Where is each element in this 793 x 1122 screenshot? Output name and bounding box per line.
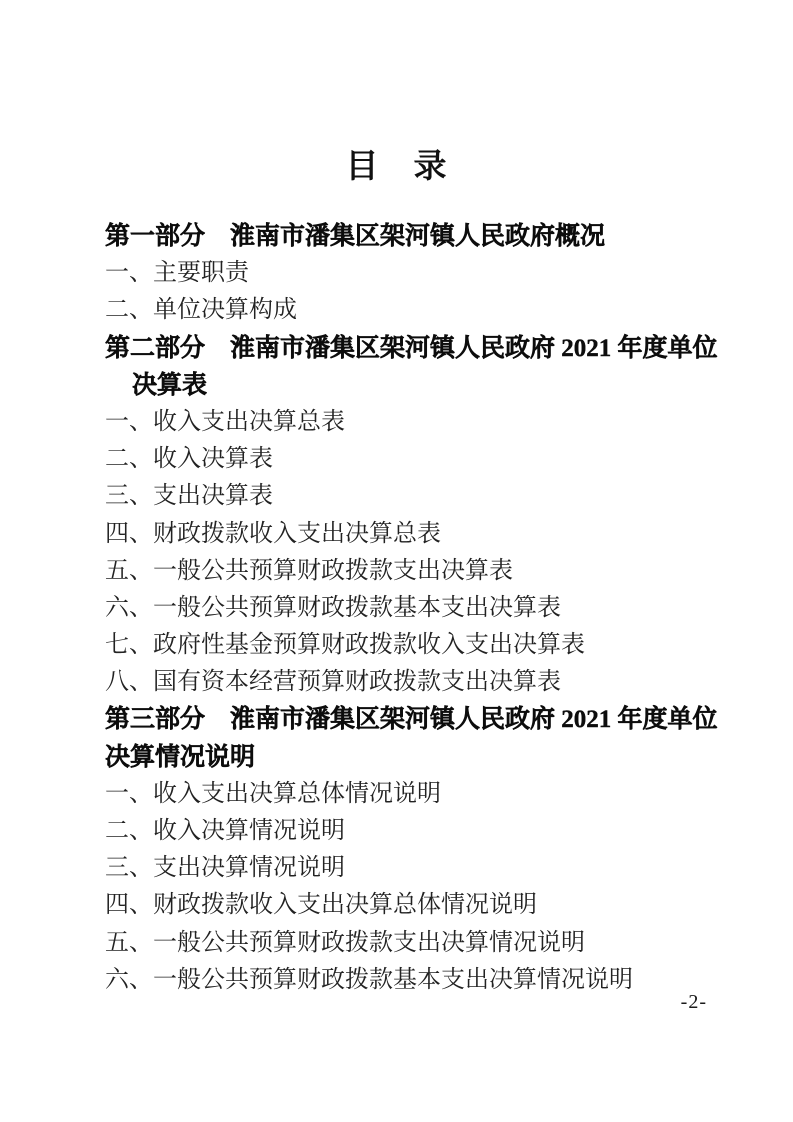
page-number: -2- <box>681 991 707 1013</box>
toc-item: 一、收入支出决算总体情况说明 <box>105 776 705 813</box>
section-heading: 第三部分 淮南市潘集区架河镇人民政府 2021 年度单位 <box>105 701 705 738</box>
toc-item: 二、单位决算构成 <box>105 292 705 329</box>
toc-item: 四、财政拨款收入支出决算总表 <box>105 516 705 553</box>
toc-item: 二、收入决算表 <box>105 441 705 478</box>
toc-item: 二、收入决算情况说明 <box>105 813 705 850</box>
toc-item: 六、一般公共预算财政拨款基本支出决算表 <box>105 590 705 627</box>
toc-section-3: 第三部分 淮南市潘集区架河镇人民政府 2021 年度单位 决算情况说明 一、收入… <box>105 701 705 999</box>
section-heading-continuation: 决算情况说明 <box>105 739 705 776</box>
toc-item: 五、一般公共预算财政拨款支出决算表 <box>105 553 705 590</box>
section-heading: 第二部分 淮南市潘集区架河镇人民政府 2021 年度单位 <box>105 330 705 367</box>
toc-item: 三、支出决算表 <box>105 478 705 515</box>
page-title: 目 录 <box>0 140 793 187</box>
toc-item: 五、一般公共预算财政拨款支出决算情况说明 <box>105 925 705 962</box>
table-of-contents: 第一部分 淮南市潘集区架河镇人民政府概况 一、主要职责 二、单位决算构成 第二部… <box>105 218 705 999</box>
toc-item: 一、主要职责 <box>105 255 705 292</box>
toc-section-2: 第二部分 淮南市潘集区架河镇人民政府 2021 年度单位 决算表 一、收入支出决… <box>105 330 705 702</box>
toc-item: 一、收入支出决算总表 <box>105 404 705 441</box>
toc-item: 八、国有资本经营预算财政拨款支出决算表 <box>105 664 705 701</box>
toc-item: 六、一般公共预算财政拨款基本支出决算情况说明 <box>105 962 705 999</box>
toc-item: 三、支出决算情况说明 <box>105 850 705 887</box>
section-heading-continuation: 决算表 <box>105 367 705 404</box>
section-heading: 第一部分 淮南市潘集区架河镇人民政府概况 <box>105 218 705 255</box>
document-page: 目 录 第一部分 淮南市潘集区架河镇人民政府概况 一、主要职责 二、单位决算构成… <box>0 0 793 1122</box>
toc-item: 四、财政拨款收入支出决算总体情况说明 <box>105 887 705 924</box>
toc-item: 七、政府性基金预算财政拨款收入支出决算表 <box>105 627 705 664</box>
toc-section-1: 第一部分 淮南市潘集区架河镇人民政府概况 一、主要职责 二、单位决算构成 <box>105 218 705 330</box>
